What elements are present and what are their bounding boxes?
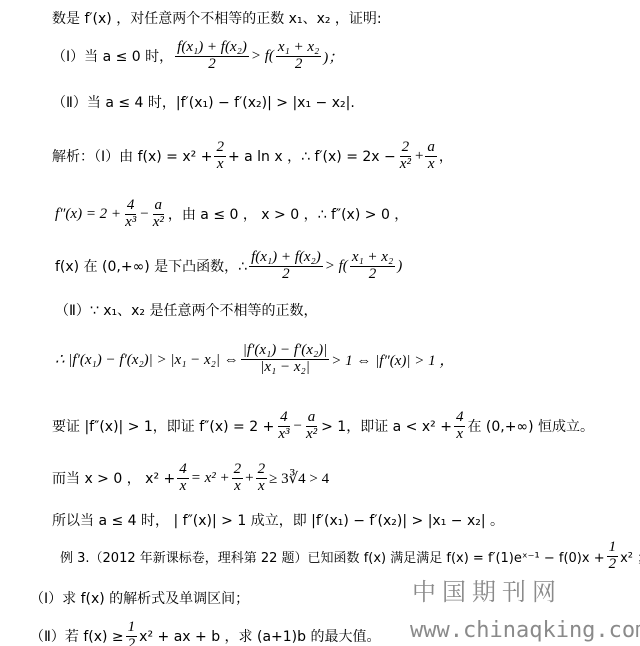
goal-mid: > 1，即证 a < x² + xyxy=(321,416,452,436)
fraction: 2x xyxy=(214,140,226,173)
watermark-url: www.chinaqking.com xyxy=(410,618,640,643)
numerator: f(x₁) + f(x₂) xyxy=(249,250,323,267)
fraction: ax xyxy=(425,140,437,173)
plus: + xyxy=(415,148,423,165)
denominator: x³ xyxy=(123,215,138,231)
suffix: ) xyxy=(397,258,402,275)
suffix: x² ； xyxy=(620,547,640,566)
intro-text: 数是 f′(x) ，对任意两个不相等的正数 x₁、x₂ ，证明: xyxy=(52,8,382,28)
equivalence-line: ∴ |f′(x₁) − f′(x₂)| > |x₁ − x₂| ⇔ |f′(x₁… xyxy=(55,343,454,376)
suffix: > 1 ⇔ |f″(x)| > 1 ， xyxy=(331,349,454,370)
denominator: 2 xyxy=(293,57,305,73)
fraction: ax² xyxy=(304,410,319,443)
numerator: 1 xyxy=(126,620,138,637)
equals: = x² + xyxy=(191,470,230,487)
denominator: x xyxy=(215,157,226,173)
denominator: x² xyxy=(304,427,319,443)
expr-prefix: f″(x) = 2 + xyxy=(55,206,121,223)
denominator: x³ xyxy=(276,427,291,443)
intro-line: 数是 f′(x) ，对任意两个不相等的正数 x₁、x₂ ，证明: xyxy=(52,8,382,28)
numerator: 2 xyxy=(256,462,268,479)
suffix: 在 (0,+∞) 恒成立。 xyxy=(467,416,594,436)
part1-prefix: （Ⅰ）当 a ≤ 0 时， xyxy=(52,46,173,66)
inequality: > f( xyxy=(251,48,274,65)
numerator: 4 xyxy=(454,410,466,427)
numerator: 2 xyxy=(232,462,244,479)
denominator: 2 xyxy=(367,267,379,283)
fraction: ax² xyxy=(151,198,166,231)
example3-part2: （Ⅱ）若 f(x) ≥ 12 x² + ax + b ，求 (a+1)b 的最大… xyxy=(30,620,380,646)
numerator: 2 xyxy=(214,140,226,157)
suffix: ≥ 3∛4 > 4 xyxy=(269,469,329,488)
denominator: x xyxy=(426,157,437,173)
denominator: x² xyxy=(398,157,413,173)
conclusion-line: 所以当 a ≤ 4 时， | f″(x)| > 1 成立，即 |f′(x₁) −… xyxy=(52,510,504,530)
fraction: x₁ + x₂2 xyxy=(276,40,321,73)
part2-text: （Ⅱ）当 a ≤ 4 时，|f′(x₁) − f′(x₂)| > |x₁ − x… xyxy=(52,92,355,112)
conclusion-text: 所以当 a ≤ 4 时， | f″(x)| > 1 成立，即 |f′(x₁) −… xyxy=(52,510,504,530)
fraction: 12 xyxy=(607,540,619,573)
denominator: 2 xyxy=(607,557,619,573)
amgm-prefix: 而当 x > 0 ， x² + xyxy=(52,468,175,488)
numerator: 1 xyxy=(607,540,619,557)
solution-mid: + a ln x ，∴ f′(x) = 2x − xyxy=(228,146,396,166)
convexity-line: f(x) 在 (0,+∞) 是下凸函数，∴ f(x₁) + f(x₂)2 > f… xyxy=(55,250,402,283)
watermark-title: 中国期刊网 xyxy=(412,572,562,607)
denominator: 2 xyxy=(206,57,218,73)
fraction: 2x xyxy=(232,462,244,495)
amgm-line: 而当 x > 0 ， x² + 4x = x² + 2x + 2x ≥ 3∛4 … xyxy=(52,462,329,495)
proof-goal-line: 要证 |f″(x)| > 1，即证 f″(x) = 2 + 4x³ − ax² … xyxy=(52,410,594,443)
numerator: 2 xyxy=(400,140,412,157)
numerator: a xyxy=(153,198,165,215)
solution-line-1: 解析：（Ⅰ）由 f(x) = x² + 2x + a ln x ，∴ f′(x)… xyxy=(52,140,453,173)
example3-prefix: 例 3.（2012 年新课标卷，理科第 22 题）已知函数 f(x) 满足满足 … xyxy=(60,547,605,566)
example3-line: 例 3.（2012 年新课标卷，理科第 22 题）已知函数 f(x) 满足满足 … xyxy=(60,540,640,573)
numerator: x₁ + x₂ xyxy=(276,40,321,57)
fraction: 2x xyxy=(256,462,268,495)
fraction: 4x³ xyxy=(123,198,138,231)
numerator: 4 xyxy=(177,462,189,479)
convexity-prefix: f(x) 在 (0,+∞) 是下凸函数，∴ xyxy=(55,256,247,276)
numerator: 4 xyxy=(125,198,137,215)
denominator: 2 xyxy=(280,267,292,283)
solution-prefix: 解析：（Ⅰ）由 f(x) = x² + xyxy=(52,146,212,166)
numerator: x₁ + x₂ xyxy=(350,250,395,267)
suffix: ，由 a ≤ 0 ， x > 0 ，∴ f″(x) > 0 ， xyxy=(168,204,408,224)
fraction: 4x xyxy=(454,410,466,443)
fraction: |f′(x₁) − f′(x₂)||x₁ − x₂| xyxy=(241,343,330,376)
inequality: > f( xyxy=(325,258,348,275)
part2-solution-text: （Ⅱ）∵ x₁、x₂ 是任意两个不相等的正数， xyxy=(55,300,318,320)
fraction: f(x₁) + f(x₂)2 xyxy=(175,40,249,73)
denominator: x² xyxy=(151,215,166,231)
denominator: x xyxy=(256,479,267,495)
numerator: a xyxy=(425,140,437,157)
denominator: x xyxy=(178,479,189,495)
equivalence-prefix: ∴ |f′(x₁) − f′(x₂)| > |x₁ − x₂| ⇔ xyxy=(55,350,239,369)
suffix: )； xyxy=(323,46,343,67)
fraction: 12 xyxy=(126,620,138,646)
denominator: x xyxy=(454,427,465,443)
second-derivative-line: f″(x) = 2 + 4x³ − ax² ，由 a ≤ 0 ， x > 0 ，… xyxy=(55,198,408,231)
fraction: 2x² xyxy=(398,140,413,173)
fraction: f(x₁) + f(x₂)2 xyxy=(249,250,323,283)
denominator: x xyxy=(232,479,243,495)
denominator: 2 xyxy=(126,637,138,646)
numerator: |f′(x₁) − f′(x₂)| xyxy=(241,343,330,360)
numerator: f(x₁) + f(x₂) xyxy=(175,40,249,57)
minus: − xyxy=(140,206,148,223)
example3-part1: （Ⅰ）求 f(x) 的解析式及单调区间； xyxy=(30,588,249,608)
denominator: |x₁ − x₂| xyxy=(258,360,312,376)
part1-statement: （Ⅰ）当 a ≤ 0 时， f(x₁) + f(x₂)2 > f( x₁ + x… xyxy=(52,40,343,73)
numerator: a xyxy=(306,410,318,427)
numerator: 4 xyxy=(278,410,290,427)
goal-prefix: 要证 |f″(x)| > 1，即证 f″(x) = 2 + xyxy=(52,416,274,436)
example3-part2-prefix: （Ⅱ）若 f(x) ≥ xyxy=(30,626,124,646)
part2-solution-intro: （Ⅱ）∵ x₁、x₂ 是任意两个不相等的正数， xyxy=(55,300,318,320)
fraction: 4x xyxy=(177,462,189,495)
plus: + xyxy=(245,470,253,487)
fraction: 4x³ xyxy=(276,410,291,443)
fraction: x₁ + x₂2 xyxy=(350,250,395,283)
part2-statement: （Ⅱ）当 a ≤ 4 时，|f′(x₁) − f′(x₂)| > |x₁ − x… xyxy=(52,92,355,112)
example3-part1-text: （Ⅰ）求 f(x) 的解析式及单调区间； xyxy=(30,588,249,608)
minus: − xyxy=(293,418,301,435)
suffix: x² + ax + b ，求 (a+1)b 的最大值。 xyxy=(139,626,380,646)
suffix: ， xyxy=(439,146,453,166)
